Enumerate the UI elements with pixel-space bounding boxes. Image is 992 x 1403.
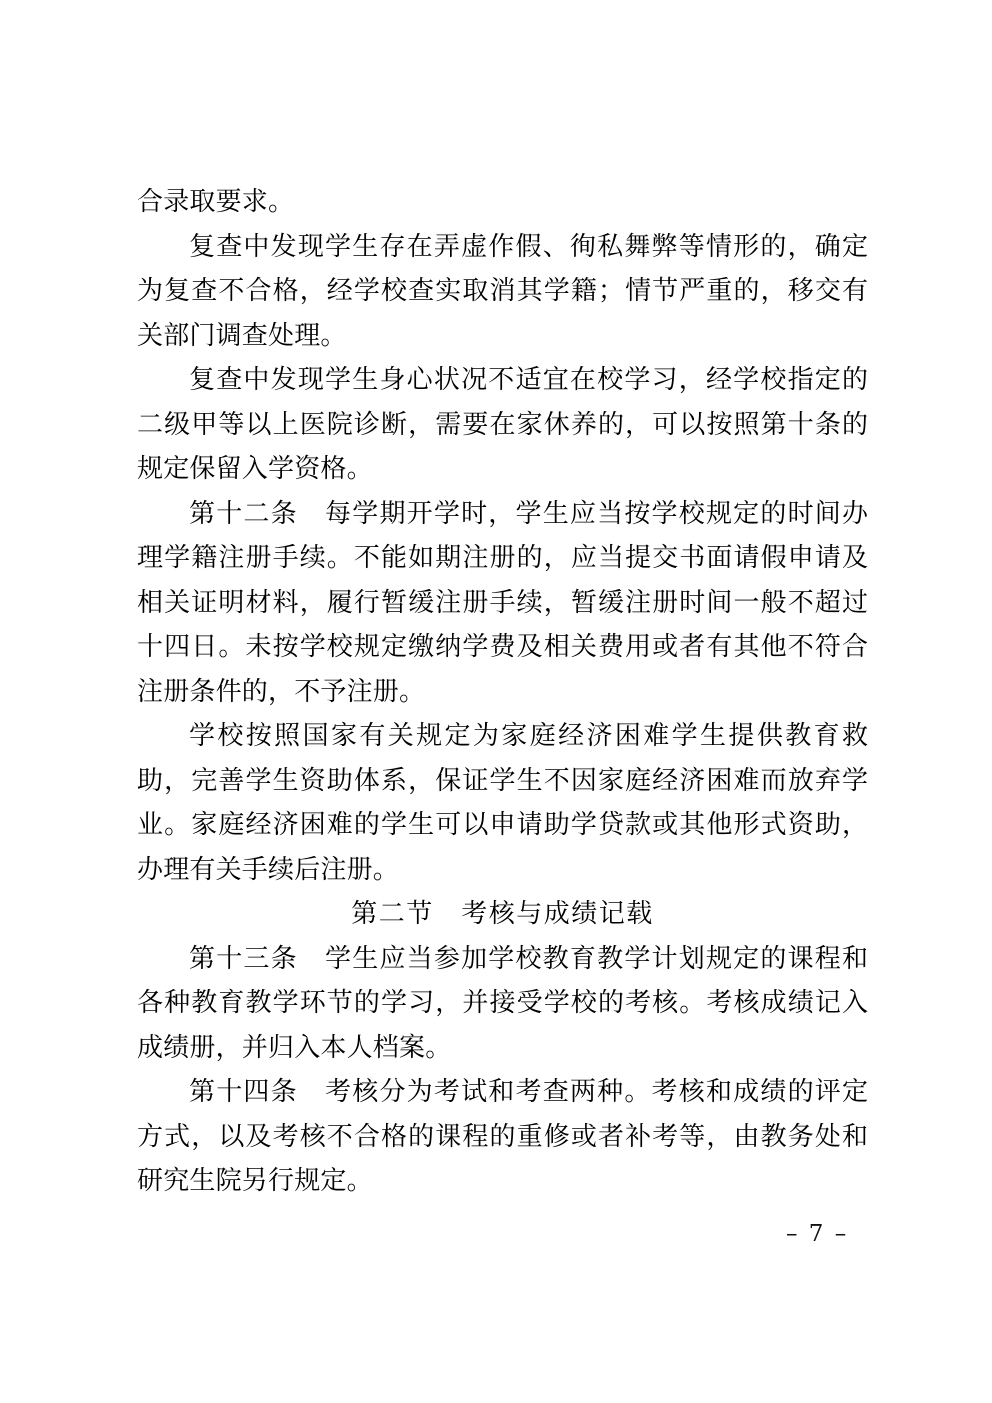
text-line-8: 第十二条 每学期开学时，学生应当按学校规定的时间办 xyxy=(137,492,868,537)
text-line-20: 成绩册，并归入本人档案。 xyxy=(137,1026,868,1071)
text-line-11: 十四日。未按学校规定缴纳学费及相关费用或者有其他不符合 xyxy=(137,625,868,670)
text-line-6: 二级甲等以上医院诊断，需要在家休养的，可以按照第十条的 xyxy=(137,403,868,448)
text-line-22: 方式，以及考核不合格的课程的重修或者补考等，由教务处和 xyxy=(137,1115,868,1160)
text-line-4: 关部门调查处理。 xyxy=(137,314,868,359)
text-line-18: 第十三条 学生应当参加学校教育教学计划规定的课程和 xyxy=(137,937,868,982)
text-line-15: 业。家庭经济困难的学生可以申请助学贷款或其他形式资助， xyxy=(137,803,868,848)
text-line-14: 助，完善学生资助体系，保证学生不因家庭经济困难而放弃学 xyxy=(137,759,868,804)
text-line-2: 复查中发现学生存在弄虚作假、徇私舞弊等情形的，确定 xyxy=(137,225,868,270)
text-line-19: 各种教育教学环节的学习，并接受学校的考核。考核成绩记入 xyxy=(137,981,868,1026)
text-line-21: 第十四条 考核分为考试和考查两种。考核和成绩的评定 xyxy=(137,1070,868,1115)
text-line-16: 办理有关手续后注册。 xyxy=(137,848,868,893)
text-line-5: 复查中发现学生身心状况不适宜在校学习，经学校指定的 xyxy=(137,358,868,403)
text-line-3: 为复查不合格，经学校查实取消其学籍；情节严重的，移交有 xyxy=(137,269,868,314)
text-line-23: 研究生院另行规定。 xyxy=(137,1159,868,1204)
page-number: – 7 – xyxy=(786,1220,876,1248)
section-heading: 第二节 考核与成绩记载 xyxy=(137,892,868,937)
text-line-1: 合录取要求。 xyxy=(137,180,868,225)
text-line-13: 学校按照国家有关规定为家庭经济困难学生提供教育救 xyxy=(137,714,868,759)
text-line-7: 规定保留入学资格。 xyxy=(137,447,868,492)
text-line-10: 相关证明材料，履行暂缓注册手续，暂缓注册时间一般不超过 xyxy=(137,581,868,626)
document-page: 合录取要求。复查中发现学生存在弄虚作假、徇私舞弊等情形的，确定为复查不合格，经学… xyxy=(0,0,992,1403)
text-line-9: 理学籍注册手续。不能如期注册的，应当提交书面请假申请及 xyxy=(137,536,868,581)
text-line-12: 注册条件的，不予注册。 xyxy=(137,670,868,715)
document-text-column: 合录取要求。复查中发现学生存在弄虚作假、徇私舞弊等情形的，确定为复查不合格，经学… xyxy=(137,180,868,1204)
